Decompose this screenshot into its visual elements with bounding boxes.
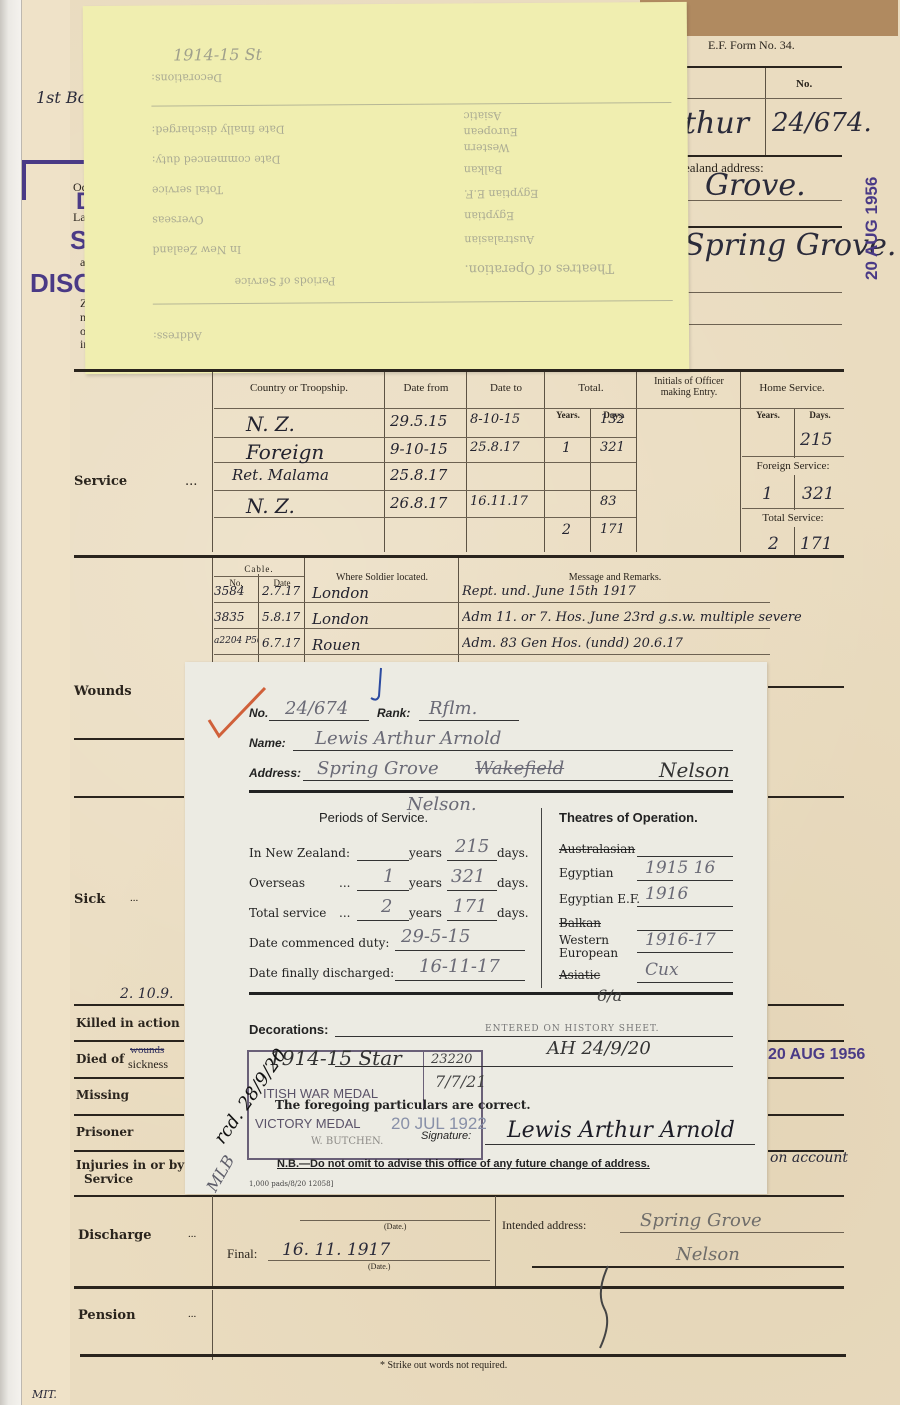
total-years-value: 2: [768, 534, 779, 554]
total-days-value: 171: [453, 896, 487, 917]
foreign-days-value: 321: [802, 484, 834, 504]
card-rank-value: Rflm.: [429, 698, 477, 719]
mirrored-text: In New Zealand: [152, 243, 241, 257]
signature-value: Lewis Arthur Arnold: [507, 1118, 735, 1143]
days-word: days.: [497, 906, 529, 920]
commenced-value: 29-5-15: [401, 926, 470, 947]
date-stamp-horizontal: 20 AUG 1956: [768, 1046, 865, 1064]
col-date-to: Date to: [468, 382, 544, 394]
cable-row-location: Rouen: [312, 636, 361, 654]
discharged-value: 16-11-17: [419, 956, 500, 977]
card-no-value: 24/674: [285, 698, 348, 719]
theatre-name: Asiatic: [559, 968, 600, 982]
theatre-name: Egyptian: [559, 866, 613, 880]
cable-header: Cable.: [214, 564, 304, 574]
cable-row-date: 2.7.17: [262, 584, 300, 598]
service-row-days: 83: [600, 494, 617, 509]
nz-service-label: In New Zealand:: [249, 846, 350, 860]
cable-row-date: 5.8.17: [262, 610, 300, 624]
theatre-years: Cux: [645, 960, 679, 980]
mirrored-text: European: [464, 125, 518, 138]
section-pension: Pension: [78, 1308, 136, 1323]
died-sickness: sickness: [128, 1057, 168, 1072]
col-date-from: Date from: [386, 382, 466, 394]
discharged-label: Date finally discharged:: [249, 966, 394, 980]
ellipsis: ...: [130, 892, 138, 904]
service-row-date-to: 8-10-15: [470, 412, 520, 427]
section-prisoner: Prisoner: [76, 1125, 133, 1139]
theatre-name: Balkan: [559, 916, 601, 930]
mirrored-text: Total service: [152, 183, 223, 196]
ellipsis: ...: [185, 474, 197, 489]
cable-row-message: Rept. und. June 15th 1917: [462, 584, 900, 599]
dots: ...: [339, 876, 350, 890]
pension-initials-scribble: [590, 1262, 620, 1352]
total-service-label: Total Service:: [742, 512, 844, 524]
overseas-days-value: 321: [451, 866, 485, 887]
mirrored-text: Australasian: [464, 233, 534, 246]
service-row-date-from: 26.8.17: [390, 494, 447, 512]
intended-address-value: Spring Grove: [640, 1210, 762, 1231]
yellow-pencil-marks: 1914-15 St: [173, 45, 262, 65]
service-row-date-to: 16.11.17: [470, 494, 528, 509]
cable-row-no: 3584: [214, 584, 258, 598]
date-stamp-vertical: 20 AUG 1956: [862, 177, 882, 280]
service-row-country: Foreign: [246, 440, 324, 464]
days-word: days.: [497, 846, 529, 860]
section-killed: Killed in action: [76, 1016, 180, 1030]
years-word: years: [409, 846, 442, 860]
card-rank-label: Rank:: [377, 706, 410, 720]
section-wounds: Wounds: [74, 684, 132, 699]
service-row-date-from: 9-10-15: [390, 440, 448, 458]
scan-border: [0, 0, 22, 1405]
section-injuries-service: Service: [84, 1172, 133, 1186]
cable-row-no: 3835: [214, 610, 258, 624]
blue-tick-icon: [369, 666, 385, 706]
number-header: No.: [796, 78, 812, 90]
theatres-heading: Theatres of Operation.: [559, 810, 698, 825]
total-service-label: Total service: [249, 906, 326, 920]
years-word: years: [409, 906, 442, 920]
foreign-years-value: 1: [762, 484, 773, 504]
home-days-value: 215: [800, 430, 832, 450]
dots: ...: [339, 906, 350, 920]
cable-row-message: Adm 11. or 7. Hos. June 23rd g.s.w. mult…: [462, 610, 900, 625]
decorations-label: Decorations:: [249, 1022, 328, 1037]
card-address-label: Address:: [249, 766, 301, 780]
died-wounds-struck: wounds: [130, 1044, 164, 1056]
final-discharge-date: 16. 11. 1917: [282, 1240, 390, 1260]
intended-address-label: Intended address:: [502, 1218, 586, 1233]
date-caption: (Date.): [368, 1262, 390, 1271]
theatre-name: Egyptian E.F.: [559, 892, 640, 906]
col-initials: Initials of Officer making Entry.: [640, 376, 738, 398]
card-name-label: Name:: [249, 736, 286, 750]
ellipsis: ...: [188, 1308, 196, 1320]
mirrored-text: Asiatic: [463, 109, 501, 122]
section-service: Service: [74, 474, 127, 489]
theatre-years: 1915 16: [645, 858, 715, 878]
discharged-stamp-disc: DISC: [30, 268, 92, 299]
print-ref: 1,000 pads/8/20 12058]: [249, 1180, 333, 1188]
card-name-value: Lewis Arthur Arnold: [315, 728, 501, 749]
cable-row-location: London: [312, 610, 369, 628]
nz-days-value: 215: [455, 836, 489, 857]
top-left-note: 1st Bo: [36, 88, 87, 107]
col-country: Country or Troopship.: [214, 382, 384, 394]
mirrored-text: Date commenced duty:: [152, 153, 281, 167]
location-header: Where Soldier located.: [306, 572, 458, 583]
footnote: * Strike out words not required.: [380, 1360, 507, 1371]
theatre-years: 1916: [645, 884, 688, 904]
margin-initials: MLB: [202, 1152, 238, 1195]
history-stamp: ENTERED ON HISTORY SHEET.: [485, 1024, 660, 1034]
service-row-date-to: 25.8.17: [470, 440, 520, 455]
service-row-date-from: 25.8.17: [390, 466, 447, 484]
intended-address-town: Nelson: [676, 1244, 740, 1265]
years-word: years: [409, 876, 442, 890]
mirrored-text: Periods of Service: [235, 274, 336, 288]
mirrored-text: Western: [464, 141, 510, 154]
cable-row-no: a2204 P5027: [214, 636, 258, 646]
message-header: Message and Remarks.: [460, 572, 770, 583]
service-number: 24/674.: [772, 108, 872, 138]
card-address-struck: Wakefield: [475, 758, 564, 779]
foreign-service-label: Foreign Service:: [742, 460, 844, 472]
service-row-country: N. Z.: [246, 412, 295, 436]
total-days-value: 171: [800, 534, 832, 554]
signature-label: Signature:: [421, 1130, 471, 1142]
section-sick: Sick: [74, 892, 105, 907]
ellipsis: ...: [188, 1228, 196, 1240]
torn-paper-edge: [22, 0, 70, 1405]
cable-row-location: London: [312, 584, 369, 602]
correct-statement: The foregoing particulars are correct.: [275, 1098, 531, 1112]
section-missing: Missing: [76, 1088, 129, 1102]
mirrored-text: Date finally discharged:: [152, 123, 285, 137]
service-row-country: N. Z.: [246, 494, 295, 518]
mirrored-text: Overseas: [152, 213, 203, 226]
home-service-label: Home Service.: [742, 382, 842, 394]
medal-date: 7/7/21: [435, 1072, 487, 1091]
bottom-left-mark: MIT.: [32, 1388, 57, 1401]
home-years-header: Years.: [742, 410, 794, 420]
on-account-note: on account: [770, 1150, 848, 1166]
service-row-years: 2: [562, 522, 571, 538]
service-row-days: 132: [600, 412, 625, 427]
history-ref: 6/a: [597, 986, 622, 1005]
medal-claim-card: No. 24/674 Rank: Rflm. Name: Lewis Arthu…: [185, 662, 767, 1194]
section-discharge: Discharge: [78, 1228, 152, 1243]
mirrored-text: Address:: [153, 329, 202, 342]
overseas-years-value: 1: [383, 866, 394, 887]
service-row-country: Ret. Malama: [232, 466, 329, 484]
form-number: E.F. Form No. 34.: [708, 38, 795, 53]
mirrored-text: Egyptian: [464, 209, 514, 222]
killed-date-note: 2. 10.9.: [120, 986, 173, 1002]
cable-row-message: Adm. 83 Gen Hos. (undd) 20.6.17: [462, 636, 900, 651]
days-word: days.: [497, 876, 529, 890]
theatre-name: Australasian: [559, 842, 635, 856]
name-fragment: thur: [684, 106, 749, 141]
card-address-value: Spring Grove: [317, 758, 439, 779]
mirrored-text: Balkan: [464, 163, 503, 176]
date-caption: (Date.): [384, 1222, 406, 1231]
card-address-town: Nelson: [659, 758, 730, 782]
col-total: Total.: [546, 382, 636, 394]
section-injuries: Injuries in or by: [76, 1158, 184, 1172]
service-row-days: 171: [600, 522, 625, 537]
service-row-years: 1: [562, 440, 571, 456]
home-days-header: Days.: [796, 410, 844, 420]
mirrored-text: Theatres of Operation.: [465, 260, 615, 276]
section-died-of: Died of: [76, 1052, 124, 1066]
officer-stamp: W. BUTCHEN.: [311, 1136, 383, 1147]
theatre-name: Western European: [559, 934, 625, 960]
col-years: Years.: [546, 410, 590, 420]
victory-medal: VICTORY MEDAL: [255, 1116, 360, 1131]
periods-heading: Periods of Service.: [319, 810, 428, 825]
total-years-value: 2: [381, 896, 392, 917]
medal-ref: 23220: [431, 1052, 472, 1067]
commenced-label: Date commenced duty:: [249, 936, 389, 950]
service-row-date-from: 29.5.15: [390, 412, 447, 430]
card-no-label: No.: [249, 706, 268, 720]
final-label: Final:: [227, 1246, 257, 1262]
yellow-slip-overlay: 1914-15 St Decorations: Date finally dis…: [83, 2, 690, 374]
service-row-days: 321: [600, 440, 625, 455]
cable-row-date: 6.7.17: [262, 636, 300, 650]
mirrored-text: Decorations:: [151, 71, 222, 84]
theatre-years: 1916-17: [645, 930, 716, 950]
mirrored-text: Egyptian E.F.: [464, 187, 538, 201]
overseas-label: Overseas: [249, 876, 305, 890]
history-initials: AH 24/9/20: [547, 1038, 651, 1059]
nb-notice: N.B.—Do not omit to advise this office o…: [277, 1158, 650, 1170]
nz-address-value: Grove.: [705, 168, 806, 203]
